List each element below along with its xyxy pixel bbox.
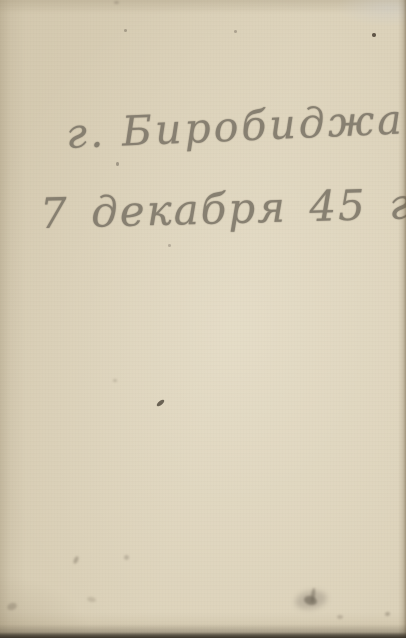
- photo-right-edge: [398, 0, 406, 638]
- paper-speck: [337, 615, 343, 619]
- photo-back-paper: г. Биробиджан 7 декабря 45 г.: [0, 0, 406, 638]
- paper-speck: [87, 596, 97, 602]
- pencil-smudge: [310, 588, 316, 603]
- handwritten-inscription: г. Биробиджан 7 декабря 45 г.: [0, 0, 406, 638]
- pencil-tick: [156, 399, 166, 408]
- ink-dot: [372, 33, 376, 37]
- pencil-dot: [168, 244, 171, 247]
- paper-speck: [124, 555, 129, 560]
- paper-marks-layer: [0, 0, 406, 638]
- inscription-line-city: г. Биробиджан: [65, 94, 406, 158]
- paper-speck: [385, 611, 391, 616]
- paper-speck: [114, 1, 119, 4]
- paper-speck: [234, 30, 237, 33]
- paper-speck: [72, 556, 79, 565]
- pencil-smudge: [303, 594, 318, 606]
- pencil-dot: [116, 162, 119, 166]
- paper-speck: [124, 29, 127, 32]
- inscription-line-date: 7 декабря 45 г.: [39, 179, 406, 238]
- paper-speck: [6, 602, 18, 612]
- paper-grain-texture: [0, 0, 406, 638]
- photo-bottom-edge: [0, 624, 406, 638]
- paper-speck: [113, 379, 117, 382]
- pencil-smudge: [294, 588, 329, 611]
